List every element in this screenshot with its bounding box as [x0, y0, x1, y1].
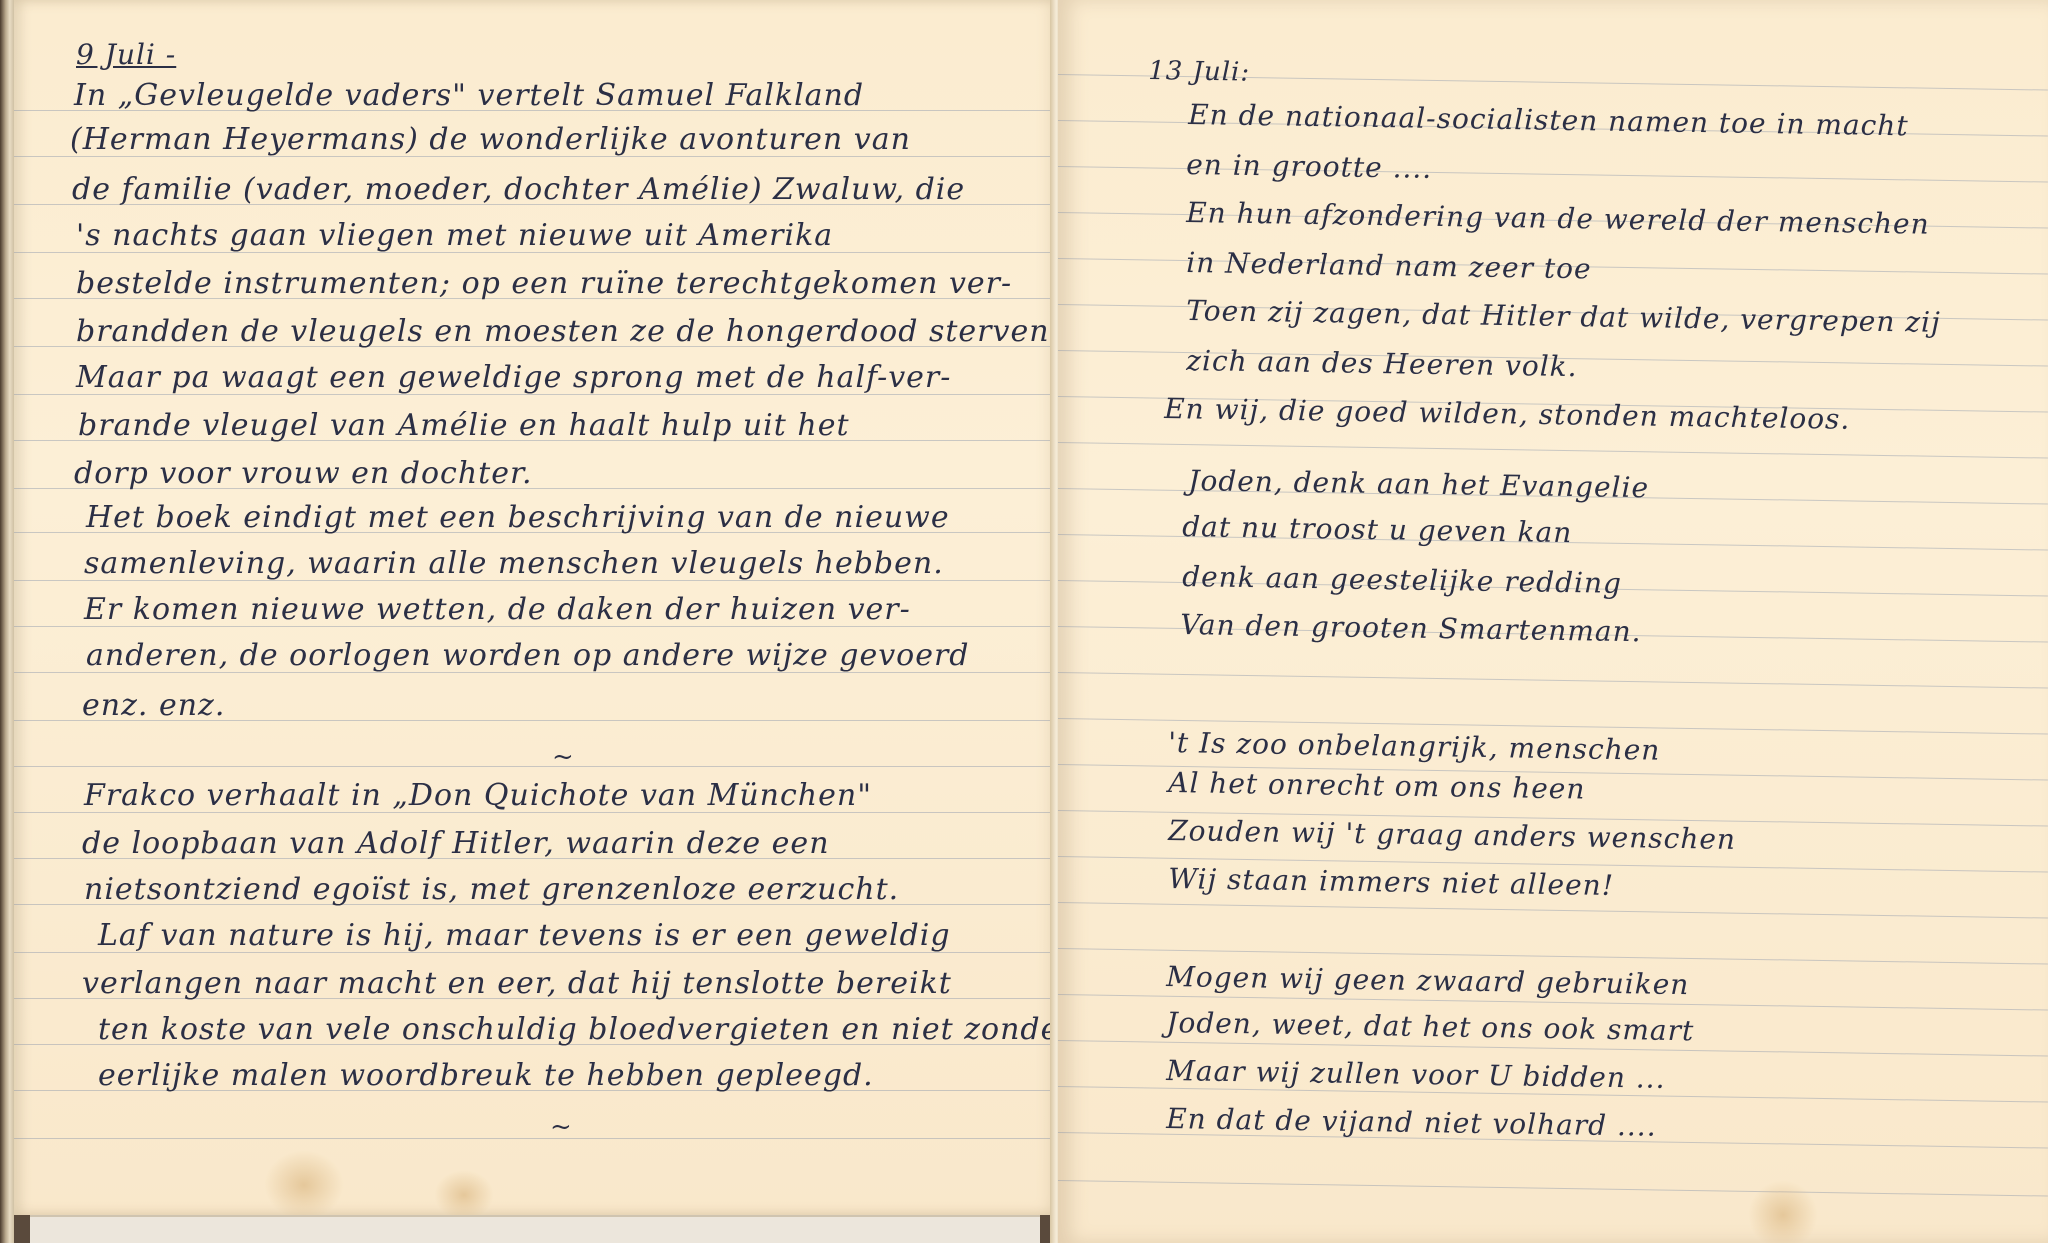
text-line: dorp voor vrouw en dochter.	[74, 456, 533, 491]
text-line: Frakco verhaalt in „Don Quichote van Mün…	[84, 778, 872, 813]
rule-line	[14, 1138, 1060, 1139]
text-line: nietsontziend egoïst is, met grenzenloze…	[84, 872, 899, 907]
text-line: brandden de vleugels en moesten ze de ho…	[76, 314, 1060, 349]
text-line: 's nachts gaan vliegen met nieuwe uit Am…	[76, 218, 833, 253]
text-line: 't Is zoo onbelangrijk, menschen	[1168, 726, 1661, 767]
text-line: de loopbaan van Adolf Hitler, waarin dez…	[82, 826, 830, 861]
text-line: Wij staan immers niet alleen!	[1168, 862, 1614, 902]
left-page: 9 Juli - In „Gevleugelde vaders" vertelt…	[14, 0, 1060, 1215]
text-line: bestelde instrumenten; op een ruïne tere…	[76, 266, 1012, 301]
rule-line	[1058, 902, 2048, 919]
water-stain	[264, 1150, 344, 1215]
text-line: Van den grooten Smartenman.	[1180, 608, 1642, 648]
text-line: Laf van nature is hij, maar tevens is er…	[98, 918, 951, 953]
text-line: Joden, denk aan het Evangelie	[1188, 464, 1649, 504]
notebook-spread: 9 Juli - In „Gevleugelde vaders" vertelt…	[0, 0, 2048, 1243]
text-line: samenleving, waarin alle menschen vleuge…	[84, 546, 944, 581]
text-line: Toen zij zagen, dat Hitler dat wilde, ve…	[1186, 294, 1941, 339]
text-line: En wij, die goed wilden, stonden machtel…	[1164, 392, 1851, 436]
text-line: enz. enz.	[82, 688, 225, 723]
text-line: Maar pa waagt een geweldige sprong met d…	[76, 360, 951, 395]
separator-mark: ~	[550, 1112, 572, 1142]
right-page: 13 Juli: En de nationaal-socialisten nam…	[1058, 0, 2048, 1243]
text-line: En de nationaal-socialisten namen toe in…	[1188, 98, 1909, 142]
text-line: En dat de vijand niet volhard ....	[1166, 1102, 1657, 1143]
water-stain	[434, 1170, 494, 1215]
rule-line	[1058, 1180, 2048, 1197]
text-line: de familie (vader, moeder, dochter Améli…	[72, 172, 965, 207]
rule-line	[14, 766, 1060, 767]
text-line: ten koste van vele onschuldig bloedvergi…	[98, 1012, 1060, 1047]
text-line: (Herman Heyermans) de wonderlijke avontu…	[70, 122, 911, 157]
water-stain	[1748, 1180, 1818, 1243]
text-line: Al het onrecht om ons heen	[1168, 766, 1586, 806]
text-line: zich aan des Heeren volk.	[1186, 344, 1578, 383]
text-line: verlangen naar macht en eer, dat hij ten…	[82, 966, 952, 1001]
underlying-page	[30, 1215, 1040, 1243]
text-line: En hun afzondering van de wereld der men…	[1186, 196, 1930, 241]
entry-date: 13 Juli:	[1148, 56, 1250, 88]
page-edge-stack	[0, 0, 14, 1243]
text-line: Er komen nieuwe wetten, de daken der hui…	[84, 592, 911, 627]
text-line: dat nu troost u geven kan	[1182, 510, 1573, 549]
rule-line	[1058, 442, 2048, 459]
rule-line	[1058, 672, 2048, 689]
text-line: eerlijke malen woordbreuk te hebben gepl…	[98, 1058, 874, 1093]
entry-date: 9 Juli -	[76, 38, 176, 71]
text-line: brande vleugel van Amélie en haalt hulp …	[78, 408, 850, 443]
text-line: denk aan geestelijke redding	[1182, 560, 1622, 600]
text-line: in Nederland nam zeer toe	[1186, 246, 1592, 285]
text-line: anderen, de oorlogen worden op andere wi…	[86, 638, 970, 673]
separator-mark: ~	[552, 742, 574, 772]
text-line: Joden, weet, dat het ons ook smart	[1166, 1006, 1695, 1047]
text-line: Mogen wij geen zwaard gebruiken	[1166, 960, 1690, 1001]
text-line: en in grootte ....	[1186, 148, 1432, 185]
text-line: In „Gevleugelde vaders" vertelt Samuel F…	[74, 78, 864, 113]
text-line: Het boek eindigt met een beschrijving va…	[86, 500, 950, 535]
